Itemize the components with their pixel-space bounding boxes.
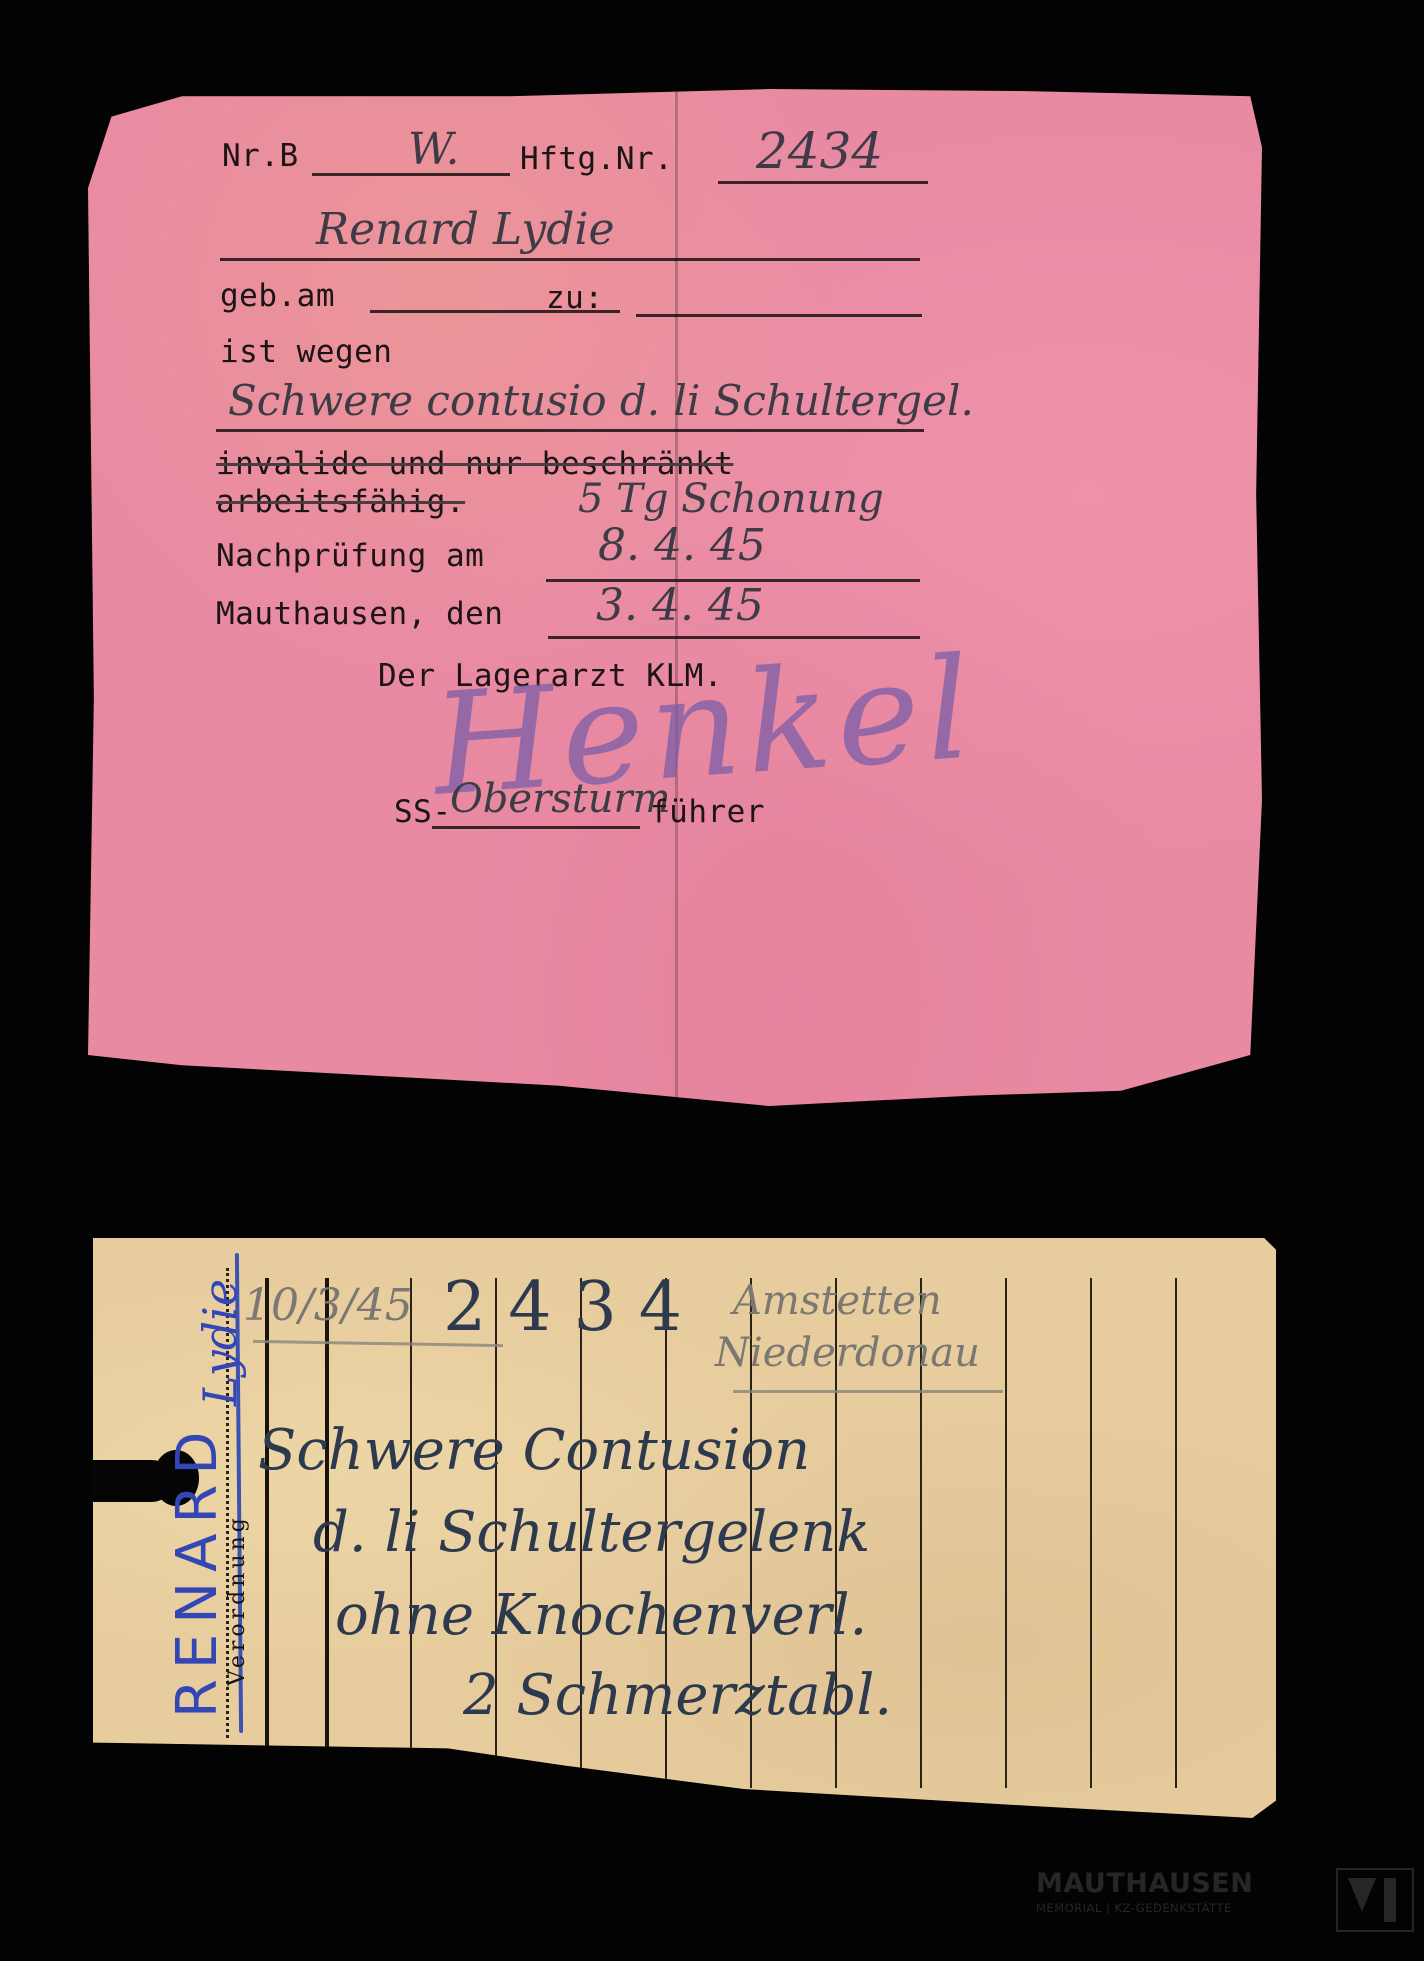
ruled-column-line	[265, 1278, 269, 1788]
struck-work-ability-text: arbeitsfähig.	[216, 484, 465, 520]
born-place-label: zu:	[546, 280, 604, 316]
treatment-note: 5 Tg Schonung	[578, 476, 884, 522]
pencil-place-line2: Niederdonau	[715, 1330, 980, 1376]
rank-prefix: SS-	[394, 794, 452, 830]
reason-label: ist wegen	[220, 334, 392, 370]
tag-first-name: Lydie	[193, 1279, 247, 1406]
ruled-column-line	[1005, 1278, 1007, 1788]
rank-suffix: führer	[650, 794, 765, 830]
prisoner-name: Renard Lydie	[316, 204, 615, 255]
memorial-logo-icon	[1336, 1868, 1414, 1932]
diagnosis: Schwere contusio d. li Schultergel.	[228, 376, 974, 425]
note-line-3: ohne Knochenverl.	[335, 1583, 867, 1648]
watermark-subtitle: MEMORIAL | KZ-GEDENKSTÄTTE	[1036, 1901, 1253, 1915]
ruled-column-line	[1175, 1278, 1177, 1788]
haeftling-nr-value: 2434	[756, 122, 883, 180]
haeftling-nr-label: Hftg.Nr.	[520, 141, 673, 177]
ruled-column-line	[1090, 1278, 1092, 1788]
hospital-tag-card: ne RENARD Lydie Verordnung 10/3/45 2434 …	[93, 1238, 1276, 1818]
museum-watermark: MAUTHAUSEN MEMORIAL | KZ-GEDENKSTÄTTE	[1036, 1868, 1253, 1915]
nr-value: W.	[408, 124, 460, 175]
note-line-2: d. li Schultergelenk	[313, 1500, 870, 1565]
pencil-date: 10/3/45	[243, 1280, 413, 1331]
name-rule	[220, 258, 920, 261]
verordnung-label: Verordnung	[225, 1514, 250, 1686]
rank-rule	[432, 826, 640, 829]
tag-surname: RENARD	[165, 1421, 230, 1718]
pencil-place-underline	[733, 1390, 1003, 1393]
tag-number: 2434	[443, 1268, 704, 1347]
place-label: Mauthausen, den	[216, 596, 503, 632]
rank-handwritten: Obersturm	[450, 776, 671, 822]
note-line-4: 2 Schmerztabl.	[463, 1663, 892, 1728]
nr-label: Nr.B	[222, 138, 299, 174]
name-label-fragment: ne	[169, 1751, 194, 1786]
haeftling-nr-rule	[718, 181, 928, 184]
issue-date: 3. 4. 45	[596, 580, 764, 631]
medical-certificate-card: Nr.B W. Hftg.Nr. 2434 Renard Lydie geb.a…	[88, 86, 1262, 1106]
born-place-rule	[636, 314, 922, 317]
diagnosis-rule	[216, 429, 924, 432]
recheck-date: 8. 4. 45	[598, 520, 766, 571]
pencil-place-line1: Amstetten	[733, 1278, 942, 1324]
recheck-label: Nachprüfung am	[216, 538, 484, 574]
note-line-1: Schwere Contusion	[258, 1418, 810, 1483]
born-label: geb.am	[220, 278, 335, 314]
watermark-title: MAUTHAUSEN	[1036, 1868, 1253, 1899]
